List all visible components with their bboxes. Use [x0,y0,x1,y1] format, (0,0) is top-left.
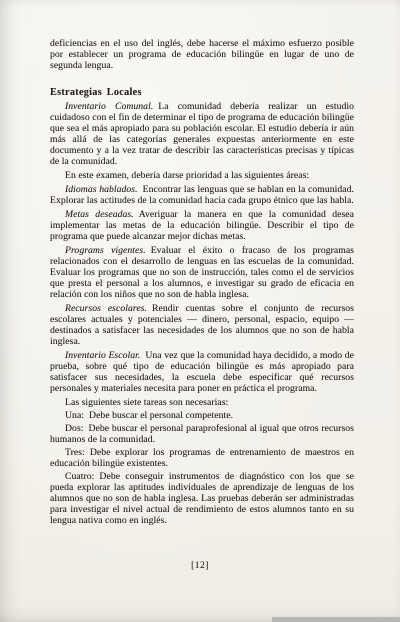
tarea-label: Tres: [65,447,90,458]
paragraph-lead: Metas deseadas. [65,209,139,220]
paragraph-inventario-comunal: Inventario Comunal.La comunidad debería … [50,101,354,167]
scanned-document-page: deficiencias en el uso del inglés, debe … [0,0,400,622]
tarea-label: Dos: [65,423,89,434]
paragraph-text: En este examen, debería darse prioridad … [65,170,309,181]
paragraph-lead: Recursos escolares. [65,303,152,314]
tarea-dos: Dos:Debe buscar el personal paraprofesio… [50,423,354,445]
scan-edge-artifact [272,617,400,622]
paragraph-recursos-escolares: Recursos escolares.Rendir cuentas sobre … [50,303,354,347]
paragraph-lead: Inventario Escolar. [65,350,145,361]
page-text-block: deficiencias en el uso del inglés, debe … [50,38,354,528]
paragraph-text: deficiencias en el uso del inglés, debe … [50,38,354,71]
tarea-una: Una:Debe buscar el personal competente. [50,410,354,421]
paragraph-tareas-intro: Las siguientes siete tareas son necesari… [50,397,354,408]
paragraph-metas-deseadas: Metas deseadas.Averiguar la manera en qu… [50,209,354,242]
page-number: [12] [0,561,400,571]
tarea-tres: Tres:Debe explorar los programas de entr… [50,447,354,469]
tarea-cuatro: Cuatro:Debe conseguir instrumentos de di… [50,471,354,526]
paragraph-idiomas-hablados: Idiomas hablados.Encontrar las lenguas q… [50,184,354,206]
paragraph-lead: Inventario Comunal. [65,101,158,112]
paragraph-continuation: deficiencias en el uso del inglés, debe … [50,38,354,71]
section-heading: Estrategias Locales [50,87,354,98]
tarea-label: Cuatro: [65,471,99,482]
tarea-label: Una: [65,410,89,421]
paragraph-text: Las siguientes siete tareas son necesari… [65,397,228,408]
paragraph-text: Debe buscar el personal paraprofesional … [50,423,354,445]
paragraph-examen: En este examen, debería darse prioridad … [50,170,354,181]
paragraph-programs-vigentes: Programs vigentes.Evaluar el éxito o fra… [50,245,354,300]
paragraph-text: Debe explorar los programas de entrenami… [50,447,354,469]
paragraph-text: Debe buscar el personal competente. [89,410,233,421]
paragraph-lead: Idiomas hablados. [65,184,143,195]
paragraph-inventario-escolar: Inventario Escolar.Una vez que la comuni… [50,350,354,394]
paragraph-lead: Programs vigentes. [65,245,151,256]
